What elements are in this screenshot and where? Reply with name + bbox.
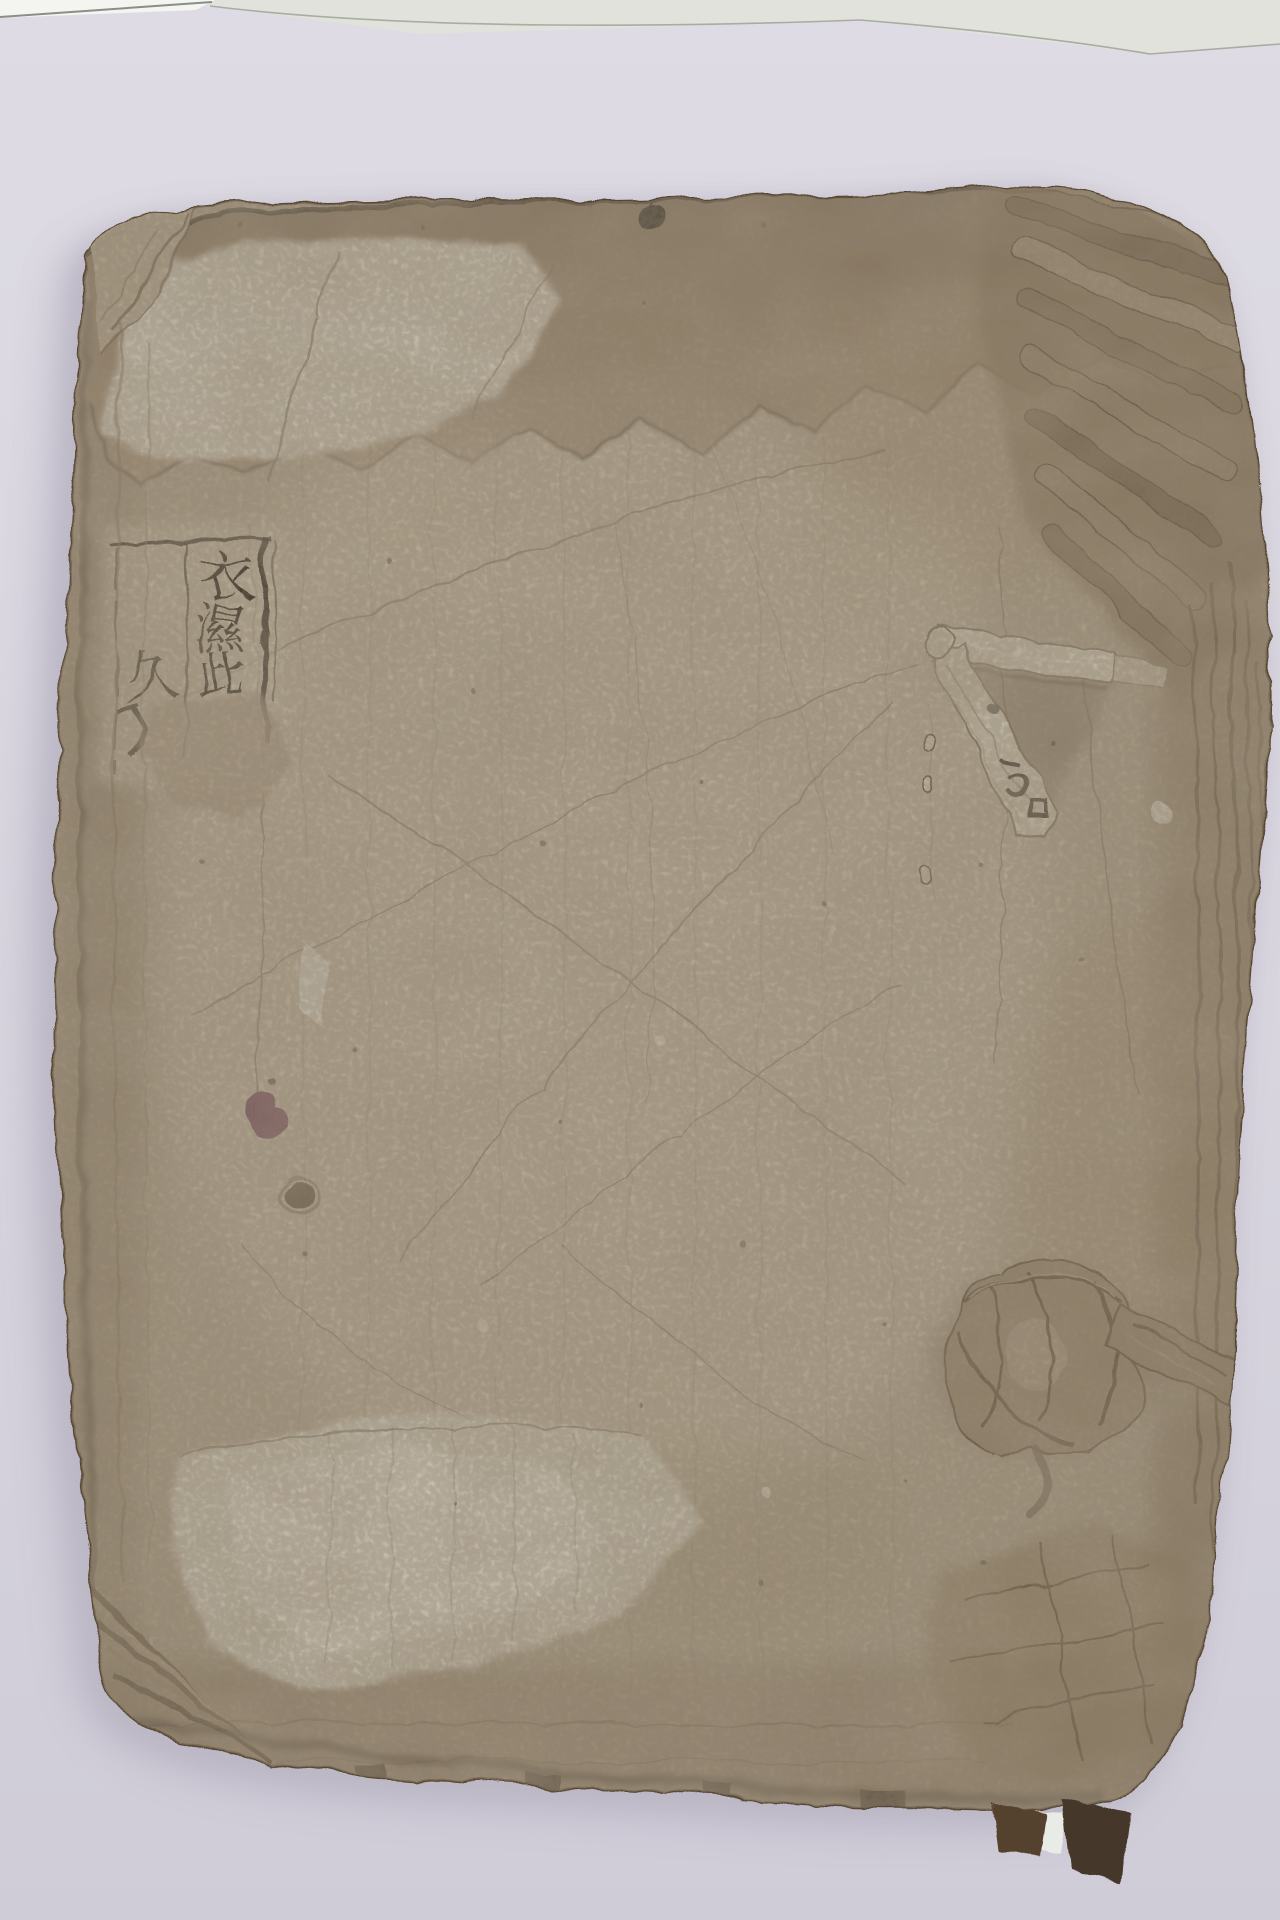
photo-antique-book-cover: 衣 濕 此 久 [0,0,1280,1920]
photo-canvas: 衣 濕 此 久 [0,0,1280,1920]
book-cover: 衣 濕 此 久 [0,120,1280,1920]
texture-grain [0,120,1280,1920]
